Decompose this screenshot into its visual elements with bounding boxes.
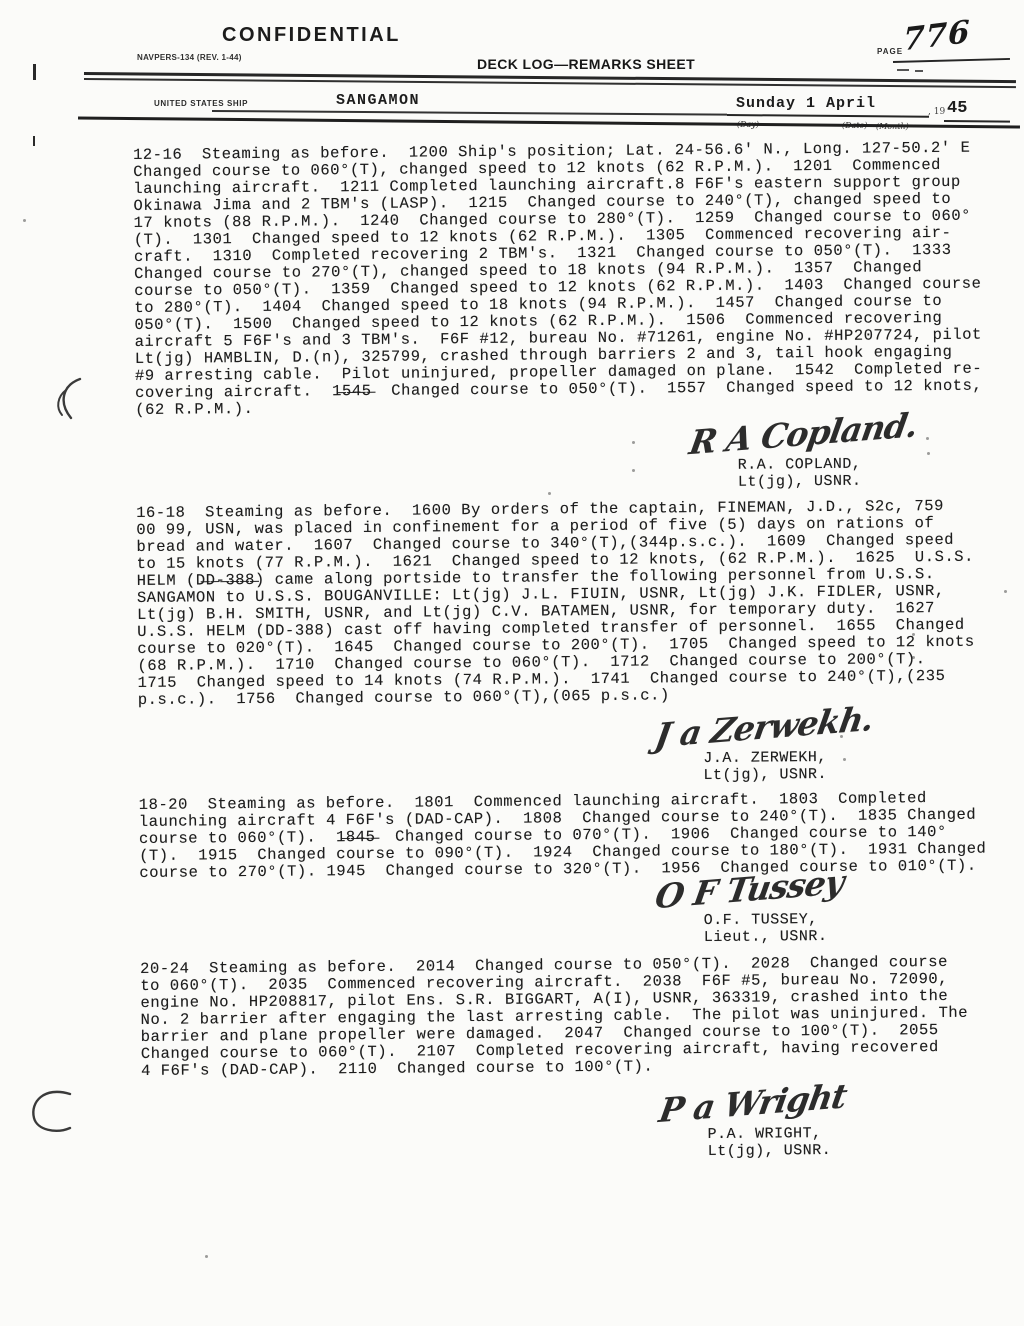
signer-name: P.A. WRIGHT, bbox=[708, 1125, 832, 1143]
signer-name: J.A. ZERWEKH, bbox=[703, 749, 827, 767]
scan-noise bbox=[632, 441, 635, 444]
pencil-mark-bottom-margin bbox=[26, 1086, 78, 1136]
signer-rank: Lt(jg), USNR. bbox=[738, 473, 862, 491]
signer-rank: Lieut., USNR. bbox=[704, 928, 828, 946]
signer-name: R.A. COPLAND, bbox=[738, 456, 862, 474]
signer-rank: Lt(jg), USNR. bbox=[708, 1142, 832, 1160]
signature-block-wright: P a Wright P.A. WRIGHT, Lt(jg), USNR. bbox=[708, 1125, 832, 1160]
scan-noise bbox=[926, 437, 929, 440]
signature-block-tussey: O F Tussey O.F. TUSSEY, Lieut., USNR. bbox=[704, 911, 828, 946]
signature-block-zerwekh: J a Zerwekh. J.A. ZERWEKH, Lt(jg), USNR. bbox=[703, 749, 827, 784]
signer-name: O.F. TUSSEY, bbox=[704, 911, 828, 929]
signature-block-copland: R A Copland. R.A. COPLAND, Lt(jg), USNR. bbox=[738, 456, 862, 491]
scan-noise bbox=[927, 452, 930, 455]
log-body: 12-16 Steaming as before. 1200 Ship's po… bbox=[0, 0, 1024, 1326]
log-entry-12-16: 12-16 Steaming as before. 1200 Ship's po… bbox=[133, 139, 1024, 419]
scan-artifact bbox=[33, 64, 36, 80]
scan-noise bbox=[1004, 590, 1007, 593]
scan-noise bbox=[912, 656, 915, 659]
handwritten-signature: J a Zerwekh. bbox=[652, 699, 876, 756]
scan-artifact bbox=[33, 136, 35, 146]
handwritten-signature: P a Wright bbox=[656, 1076, 849, 1130]
deck-log-page: CONFIDENTIAL NAVPERS-134 (REV. 1-44) DEC… bbox=[0, 0, 1024, 1326]
scan-noise bbox=[23, 219, 26, 222]
scan-noise bbox=[912, 633, 915, 636]
signer-rank: Lt(jg), USNR. bbox=[703, 766, 827, 784]
scan-noise bbox=[632, 469, 635, 472]
scan-noise bbox=[205, 1255, 208, 1258]
scan-noise bbox=[548, 492, 551, 495]
log-entry-16-18: 16-18 Steaming as before. 1600 By orders… bbox=[136, 497, 1024, 709]
log-entry-20-24: 20-24 Steaming as before. 2014 Changed c… bbox=[140, 953, 1024, 1080]
pencil-mark-left-margin bbox=[50, 376, 90, 422]
scan-noise bbox=[843, 758, 846, 761]
scan-noise bbox=[840, 735, 843, 738]
log-entry-18-20: 18-20 Steaming as before. 1801 Commenced… bbox=[139, 789, 1024, 882]
